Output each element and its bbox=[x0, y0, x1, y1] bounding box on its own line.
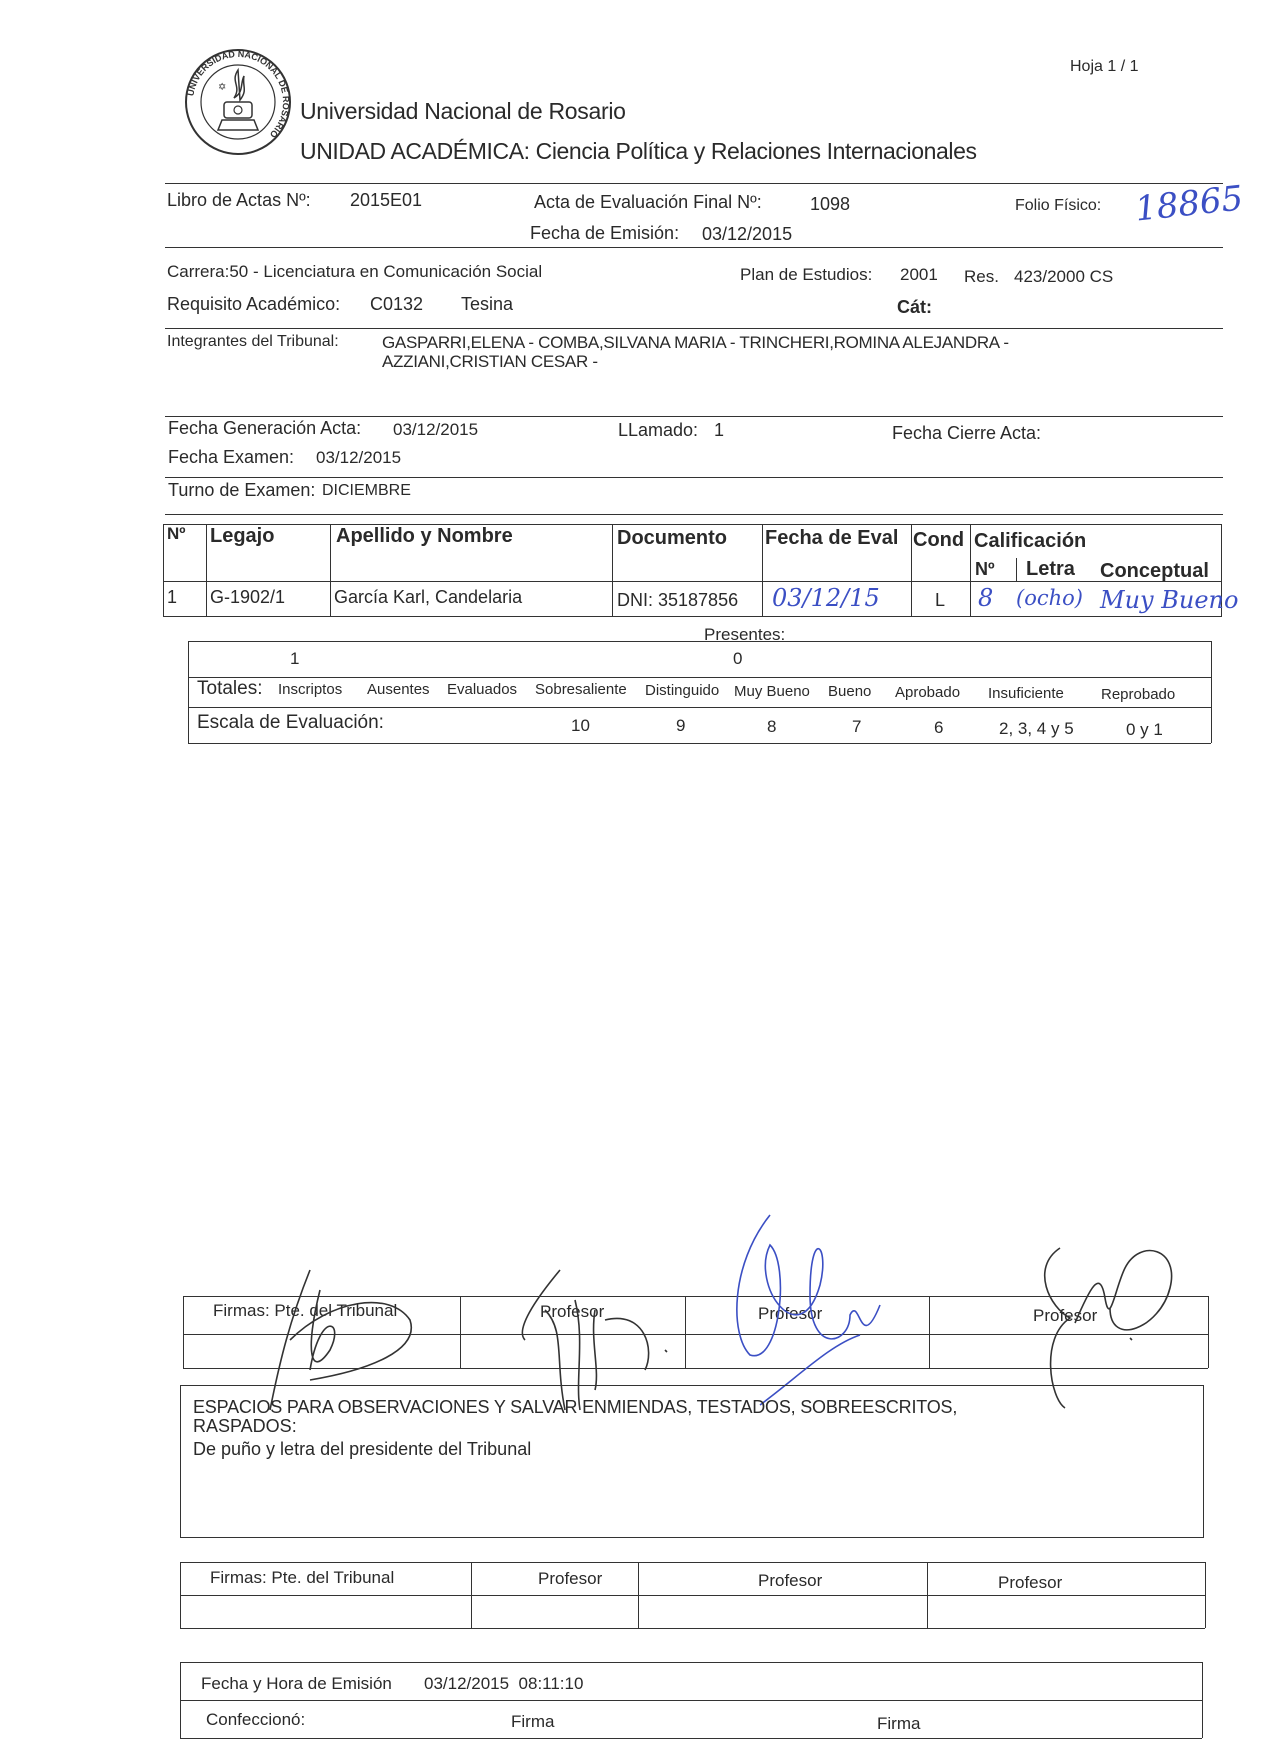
sig-col bbox=[1208, 1296, 1209, 1368]
sig2-profesor-1-label: Profesor bbox=[538, 1569, 602, 1589]
presentes-label: Presentes: bbox=[704, 625, 785, 645]
examen-value: 03/12/2015 bbox=[316, 448, 401, 468]
sig-col bbox=[685, 1296, 686, 1368]
footer-top bbox=[180, 1662, 1202, 1663]
escala-insuficiente: 2, 3, 4 y 5 bbox=[999, 719, 1074, 739]
row-letra-handwritten: (ocho) bbox=[1016, 586, 1083, 610]
totals-top bbox=[188, 641, 1211, 642]
divider bbox=[165, 416, 1223, 417]
col-bueno: Bueno bbox=[828, 683, 871, 700]
header-documento: Documento bbox=[617, 527, 727, 550]
row-cond: L bbox=[935, 590, 945, 611]
row-num: 1 bbox=[167, 587, 177, 608]
col-evaluados: Evaluados bbox=[447, 681, 517, 698]
sig2-col bbox=[638, 1562, 639, 1628]
header-num: Nº bbox=[167, 524, 186, 544]
inscriptos-value: 1 bbox=[290, 649, 299, 669]
row-nota-handwritten: 8 bbox=[978, 584, 993, 612]
res-value: 423/2000 CS bbox=[1014, 267, 1113, 287]
col-distinguido: Distinguido bbox=[645, 682, 719, 699]
requisito-label: Requisito Académico: bbox=[167, 294, 340, 315]
carrera: Carrera:50 - Licenciatura en Comunicació… bbox=[167, 262, 542, 282]
llamado-value: 1 bbox=[714, 420, 724, 441]
academic-unit: UNIDAD ACADÉMICA: Ciencia Política y Rel… bbox=[300, 138, 977, 165]
emision-label: Fecha de Emisión: bbox=[530, 223, 679, 244]
divider bbox=[165, 183, 1223, 184]
header-cal-conceptual: Conceptual bbox=[1100, 560, 1209, 583]
sig2-profesor-2-label: Profesor bbox=[758, 1571, 822, 1591]
col-sep bbox=[206, 524, 207, 617]
firma-1-label: Firma bbox=[511, 1712, 554, 1732]
header-nombre: Apellido y Nombre bbox=[336, 525, 513, 548]
presentes-value: 0 bbox=[733, 649, 742, 669]
row-legajo: G-1902/1 bbox=[210, 587, 285, 608]
sig2-top-line bbox=[180, 1562, 1205, 1563]
totals-right bbox=[1211, 641, 1212, 743]
divider bbox=[165, 247, 1223, 248]
header-legajo: Legajo bbox=[210, 525, 274, 548]
col-sep bbox=[330, 524, 331, 617]
divider bbox=[165, 477, 1223, 478]
sheet-number: Hoja 1 / 1 bbox=[1070, 58, 1138, 76]
sig-col bbox=[460, 1296, 461, 1368]
escala-sobresaliente: 10 bbox=[571, 716, 590, 736]
sig-profesor-3-label: Profesor bbox=[1033, 1306, 1097, 1326]
row-documento: DNI: 35187856 bbox=[617, 590, 738, 611]
escala-label: Escala de Evaluación: bbox=[197, 712, 384, 734]
turno-label: Turno de Examen: bbox=[168, 480, 315, 501]
totals-row-sep bbox=[188, 677, 1211, 678]
sig2-col bbox=[1205, 1562, 1206, 1628]
generacion-label: Fecha Generación Acta: bbox=[168, 418, 361, 439]
seal-icon: UNIVERSIDAD NACIONAL DE ROSARIO ✡ bbox=[182, 46, 294, 158]
col-insuficiente: Insuficiente bbox=[988, 685, 1064, 702]
totales-label: Totales: bbox=[197, 678, 262, 700]
cal-sep bbox=[1016, 558, 1017, 581]
tribunal-members-line1: GASPARRI,ELENA - COMBA,SILVANA MARIA - T… bbox=[382, 333, 1009, 353]
footer-mid bbox=[180, 1700, 1202, 1701]
header-cal-letra: Letra bbox=[1026, 558, 1075, 581]
turno-value: DICIEMBRE bbox=[322, 482, 411, 500]
col-ausentes: Ausentes bbox=[367, 681, 430, 698]
observations-note: De puño y letra del presidente del Tribu… bbox=[193, 1439, 531, 1460]
sig-col bbox=[183, 1296, 184, 1368]
col-reprobado: Reprobado bbox=[1101, 686, 1175, 703]
escala-distinguido: 9 bbox=[676, 716, 685, 736]
cierre-label: Fecha Cierre Acta: bbox=[892, 423, 1041, 444]
header-cond: Cond bbox=[913, 529, 964, 552]
generacion-value: 03/12/2015 bbox=[393, 420, 478, 440]
table-header-bottom bbox=[163, 581, 1221, 582]
libro-value: 2015E01 bbox=[350, 190, 422, 211]
sig-bottom-line bbox=[183, 1368, 1208, 1369]
sig2-bottom-line bbox=[180, 1628, 1205, 1629]
libro-label: Libro de Actas Nº: bbox=[167, 190, 311, 211]
col-inscriptos: Inscriptos bbox=[278, 681, 342, 698]
university-seal: UNIVERSIDAD NACIONAL DE ROSARIO ✡ bbox=[182, 46, 294, 158]
requisito-value: C0132 bbox=[370, 294, 423, 315]
header-calificacion: Calificación bbox=[974, 530, 1086, 553]
tribunal-label: Integrantes del Tribunal: bbox=[167, 333, 339, 351]
llamado-label: LLamado: bbox=[618, 420, 698, 441]
footer-bottom bbox=[180, 1738, 1202, 1739]
footer-emision-label: Fecha y Hora de Emisión bbox=[201, 1674, 392, 1694]
university-name: Universidad Nacional de Rosario bbox=[300, 98, 626, 125]
header-fecha: Fecha de Eval bbox=[765, 527, 898, 550]
col-sep bbox=[612, 524, 613, 617]
plan-label: Plan de Estudios: bbox=[740, 265, 872, 285]
footer-right bbox=[1202, 1662, 1203, 1738]
totals-bottom bbox=[188, 743, 1211, 744]
acta-value: 1098 bbox=[810, 194, 850, 215]
escala-muy-bueno: 8 bbox=[767, 717, 776, 737]
divider bbox=[165, 328, 1223, 329]
divider bbox=[165, 514, 1223, 515]
totals-left bbox=[188, 641, 189, 743]
totals-row-sep bbox=[188, 707, 1211, 708]
sig-profesor-1-label: Profesor bbox=[540, 1302, 604, 1322]
sig2-pte-label: Firmas: Pte. del Tribunal bbox=[210, 1568, 394, 1588]
footer-emision-value: 03/12/2015 08:11:10 bbox=[424, 1674, 583, 1694]
sig2-mid-line bbox=[180, 1595, 1205, 1596]
cat-label: Cát: bbox=[897, 297, 932, 318]
table-row-bottom bbox=[163, 616, 1221, 617]
col-sep bbox=[970, 524, 971, 617]
footer-left bbox=[180, 1662, 181, 1738]
sig2-col bbox=[180, 1562, 181, 1628]
sig-mid-line bbox=[183, 1334, 1208, 1335]
tribunal-members-line2: AZZIANI,CRISTIAN CESAR - bbox=[382, 352, 598, 372]
col-sep bbox=[762, 524, 763, 617]
plan-value: 2001 bbox=[900, 265, 938, 285]
escala-aprobado: 6 bbox=[934, 718, 943, 738]
col-aprobado: Aprobado bbox=[895, 684, 960, 701]
observations-title-line2: RASPADOS: bbox=[193, 1416, 297, 1437]
sig2-profesor-3-label: Profesor bbox=[998, 1573, 1062, 1593]
header-cal-num: Nº bbox=[975, 559, 995, 580]
escala-bueno: 7 bbox=[852, 717, 861, 737]
col-sep bbox=[911, 524, 912, 617]
row-nombre: García Karl, Candelaria bbox=[334, 587, 522, 608]
sig2-col bbox=[927, 1562, 928, 1628]
sig2-col bbox=[471, 1562, 472, 1628]
col-sobresaliente: Sobresaliente bbox=[535, 681, 627, 698]
folio-handwritten: 18865 bbox=[1133, 178, 1245, 229]
col-muy-bueno: Muy Bueno bbox=[734, 683, 810, 700]
res-label: Res. bbox=[964, 267, 999, 287]
emision-value: 03/12/2015 bbox=[702, 224, 792, 245]
firma-2-label: Firma bbox=[877, 1714, 920, 1734]
sig-top-line bbox=[183, 1296, 1208, 1297]
row-conceptual-handwritten: Muy Bueno bbox=[1100, 586, 1238, 614]
folio-label: Folio Físico: bbox=[1015, 197, 1101, 215]
acta-label: Acta de Evaluación Final Nº: bbox=[534, 192, 762, 213]
sig-profesor-2-label: Profesor bbox=[758, 1304, 822, 1324]
examen-label: Fecha Examen: bbox=[168, 447, 294, 468]
confecciono-label: Confeccionó: bbox=[206, 1710, 305, 1730]
col-sep bbox=[163, 524, 164, 617]
svg-text:✡: ✡ bbox=[218, 82, 226, 93]
requisito-name: Tesina bbox=[461, 294, 513, 315]
sig-pte-label: Firmas: Pte. del Tribunal bbox=[213, 1301, 397, 1321]
sig-col bbox=[929, 1296, 930, 1368]
escala-reprobado: 0 y 1 bbox=[1126, 720, 1163, 740]
row-fecha-handwritten: 03/12/15 bbox=[772, 584, 880, 612]
observations-title-line1: ESPACIOS PARA OBSERVACIONES Y SALVAR ENM… bbox=[193, 1397, 957, 1418]
